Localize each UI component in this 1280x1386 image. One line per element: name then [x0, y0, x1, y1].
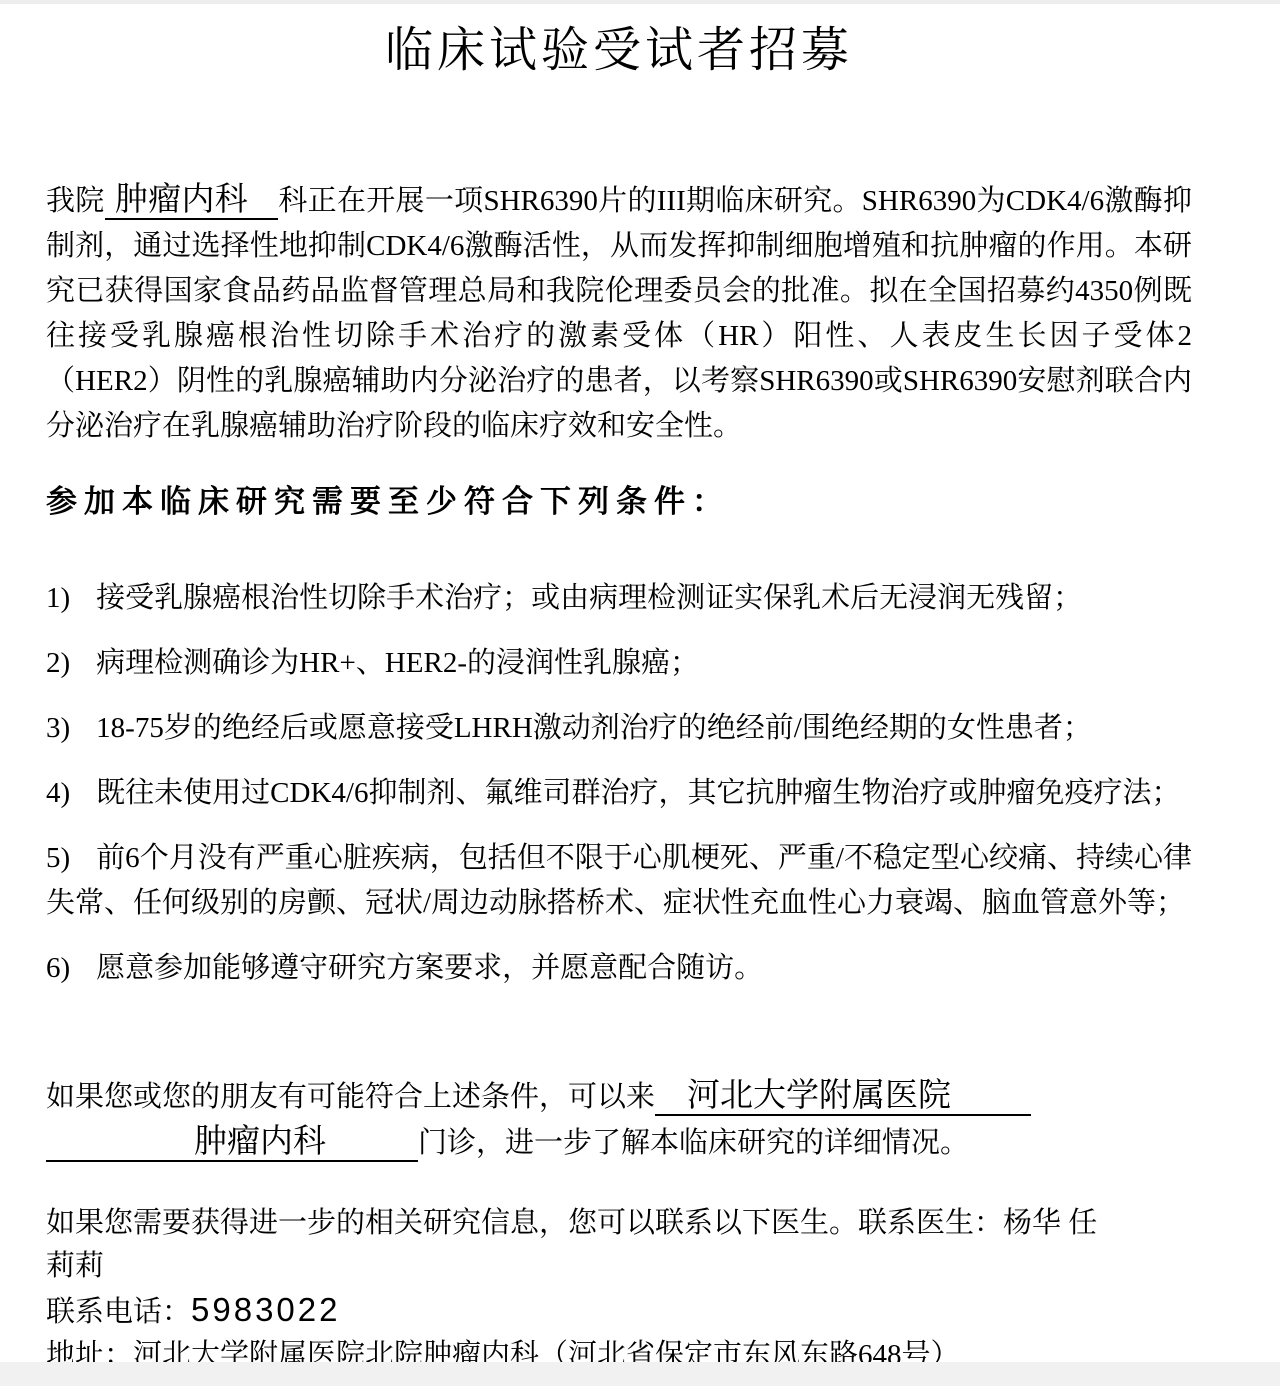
item-text: 既往未使用过CDK4/6抑制剂、氟维司群治疗，其它抗肿瘤生物治疗或肿瘤免疫疗法； [96, 777, 1180, 809]
contact-info-line-1: 如果您需要获得进一步的相关研究信息，您可以联系以下医生。联系医生：杨华 任 [46, 1202, 1192, 1245]
fill-blank [951, 1104, 1031, 1106]
intro-prefix: 我院 [46, 185, 105, 217]
item-number: 5) [46, 842, 96, 874]
document-page: 临床试验受试者招募 我院肿瘤内科科正在开展一项SHR6390片的III期临床研究… [0, 0, 1280, 1377]
item-number: 1) [46, 582, 96, 614]
bottom-edge-strip [0, 1362, 1280, 1386]
criteria-item: 5)前6个月没有严重心脏疾病，包括但不限于心肌梗死、严重/不稳定型心绞痛、持续心… [46, 836, 1192, 926]
intro-paragraph: 我院肿瘤内科科正在开展一项SHR6390片的III期临床研究。SHR6390为C… [46, 178, 1192, 449]
visit-paragraph: 如果您或您的朋友有可能符合上述条件，可以来河北大学附属医院 肿瘤内科门诊，进一步… [46, 1074, 1192, 1166]
fill-blank [46, 1150, 194, 1152]
item-text: 前6个月没有严重心脏疾病，包括但不限于心肌梗死、严重/不稳定型心绞痛、持续心律失… [46, 842, 1192, 919]
item-text: 接受乳腺癌根治性切除手术治疗；或由病理检测证实保乳术后无浸润无残留； [96, 582, 1082, 614]
criteria-item: 4)既往未使用过CDK4/6抑制剂、氟维司群治疗，其它抗肿瘤生物治疗或肿瘤免疫疗… [46, 771, 1192, 816]
visit-line-2: 肿瘤内科门诊，进一步了解本临床研究的详细情况。 [46, 1120, 1192, 1166]
criteria-heading: 参加本临床研究需要至少符合下列条件： [46, 485, 1192, 519]
item-number: 4) [46, 777, 96, 809]
item-text: 病理检测确诊为HR+、HER2-的浸润性乳腺癌； [96, 647, 699, 679]
document-title: 临床试验受试者招募 [46, 22, 1192, 80]
item-number: 6) [46, 952, 96, 984]
criteria-item: 2)病理检测确诊为HR+、HER2-的浸润性乳腺癌； [46, 641, 1192, 686]
hospital-fill-text: 河北大学附属医院 [687, 1078, 951, 1114]
intro-department-fill-text: 肿瘤内科 [115, 182, 248, 218]
phone-line: 联系电话：5983022 [46, 1288, 1192, 1334]
item-text: 18-75岁的绝经后或愿意接受LHRH激动剂治疗的绝经前/围绝经期的女性患者； [96, 712, 1092, 744]
criteria-item: 3)18-75岁的绝经后或愿意接受LHRH激动剂治疗的绝经前/围绝经期的女性患者… [46, 706, 1192, 751]
fill-blank [105, 208, 115, 210]
criteria-item: 6)愿意参加能够遵守研究方案要求，并愿意配合随访。 [46, 946, 1192, 991]
visit-line-1: 如果您或您的朋友有可能符合上述条件，可以来河北大学附属医院 [46, 1074, 1192, 1120]
fill-blank [655, 1104, 687, 1106]
fill-blank [326, 1150, 418, 1152]
intro-body: 科正在开展一项SHR6390片的III期临床研究。SHR6390为CDK4/6激… [46, 185, 1192, 442]
visit-suffix: 门诊，进一步了解本临床研究的详细情况。 [418, 1127, 969, 1159]
phone-number: 5983022 [191, 1291, 340, 1328]
fill-blank [248, 208, 278, 210]
item-number: 3) [46, 712, 96, 744]
top-edge-strip [0, 0, 1280, 4]
contact-block: 如果您需要获得进一步的相关研究信息，您可以联系以下医生。联系医生：杨华 任 莉莉… [46, 1202, 1192, 1377]
department-fill-text: 肿瘤内科 [194, 1124, 326, 1160]
criteria-list: 1)接受乳腺癌根治性切除手术治疗；或由病理检测证实保乳术后无浸润无残留； 2)病… [46, 576, 1192, 991]
item-text: 愿意参加能够遵守研究方案要求，并愿意配合随访。 [96, 952, 763, 984]
phone-label: 联系电话： [46, 1296, 191, 1328]
criteria-item: 1)接受乳腺癌根治性切除手术治疗；或由病理检测证实保乳术后无浸润无残留； [46, 576, 1192, 621]
department-fill-underlined: 肿瘤内科 [46, 1127, 418, 1162]
visit-prefix: 如果您或您的朋友有可能符合上述条件，可以来 [46, 1081, 655, 1113]
item-number: 2) [46, 647, 96, 679]
hospital-fill-underlined: 河北大学附属医院 [655, 1081, 1031, 1116]
intro-department-fill-underlined: 肿瘤内科 [105, 185, 278, 220]
contact-info-line-2: 莉莉 [46, 1245, 1192, 1288]
